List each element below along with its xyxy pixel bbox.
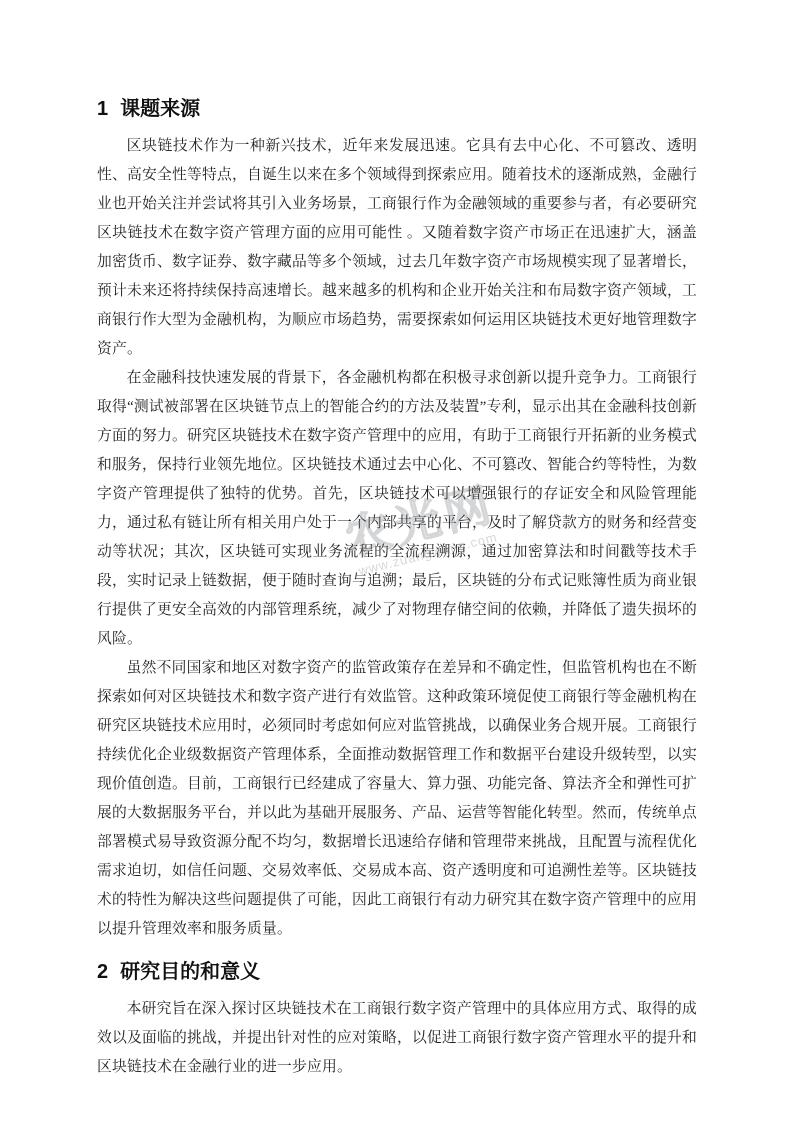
heading-1-number: 1 xyxy=(97,98,108,120)
heading-1-title: 课题来源 xyxy=(120,98,200,120)
paragraph-topic-source-2: 在金融科技快速发展的背景下，各金融机构都在积极寻求创新以提升竞争力。工商银行取得… xyxy=(97,364,697,654)
paragraph-research-purpose: 本研究旨在深入探讨区块链技术在工商银行数字资产管理中的具体应用方式、取得的成效以… xyxy=(97,995,697,1082)
section-heading-2: 2研究目的和意义 xyxy=(97,958,697,986)
heading-2-number: 2 xyxy=(97,961,108,983)
paragraph-topic-source-3: 虽然不同国家和地区对数字资产的监管政策存在差异和不确定性，但监管机构也在不断探索… xyxy=(97,654,697,944)
section-heading-1: 1课题来源 xyxy=(97,95,697,123)
heading-2-title: 研究目的和意义 xyxy=(120,961,260,983)
paragraph-topic-source-1: 区块链技术作为一种新兴技术，近年来发展迅速。它具有去中心化、不可篡改、透明性、高… xyxy=(97,132,697,364)
document-page: 1课题来源 区块链技术作为一种新兴技术，近年来发展迅速。它具有去中心化、不可篡改… xyxy=(0,0,793,1122)
